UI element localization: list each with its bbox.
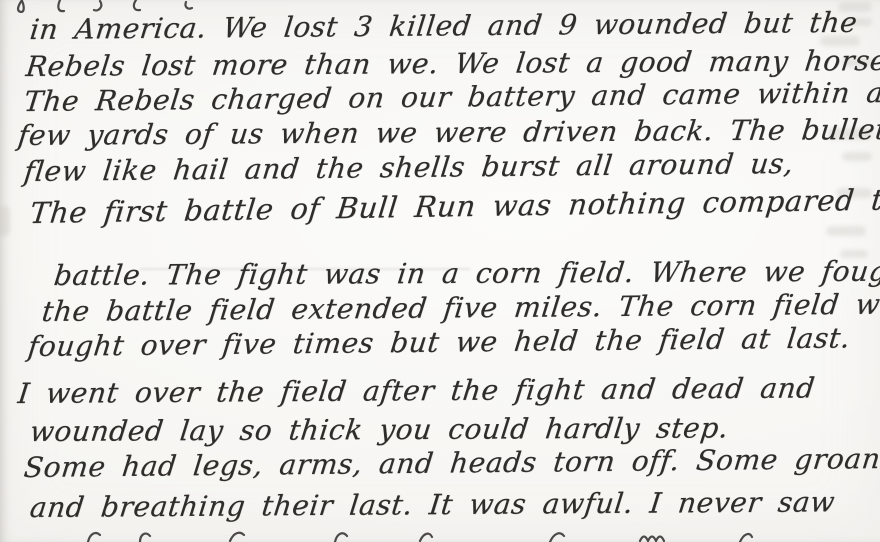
letter-line: Some had legs, arms, and heads torn off.… <box>22 443 880 485</box>
bleed-through-mark <box>826 226 866 236</box>
scan-edge-mark <box>0 206 10 236</box>
letter-line: battle. The fight was in a corn field. W… <box>52 255 880 292</box>
letter-line: in America. We lost 3 killed and 9 wound… <box>28 7 859 46</box>
letter-line: I went over the field after the fight an… <box>16 372 817 410</box>
letter-line: The Rebels charged on our battery and ca… <box>22 77 880 118</box>
letter-line: wounded lay so thick you could hardly st… <box>28 412 730 448</box>
letter-line: The first battle of Bull Run was nothing… <box>28 182 880 230</box>
cut-off-line-bottom <box>80 529 800 542</box>
letter-line: and breathing their last. It was awful. … <box>28 486 837 524</box>
letter-line: flew like hail and the shells burst all … <box>22 148 795 188</box>
letter-line: fought over five times but we held the f… <box>26 322 852 363</box>
bleed-through-mark <box>842 152 872 161</box>
scanned-letter-page: in America. We lost 3 killed and 9 wound… <box>0 0 880 542</box>
